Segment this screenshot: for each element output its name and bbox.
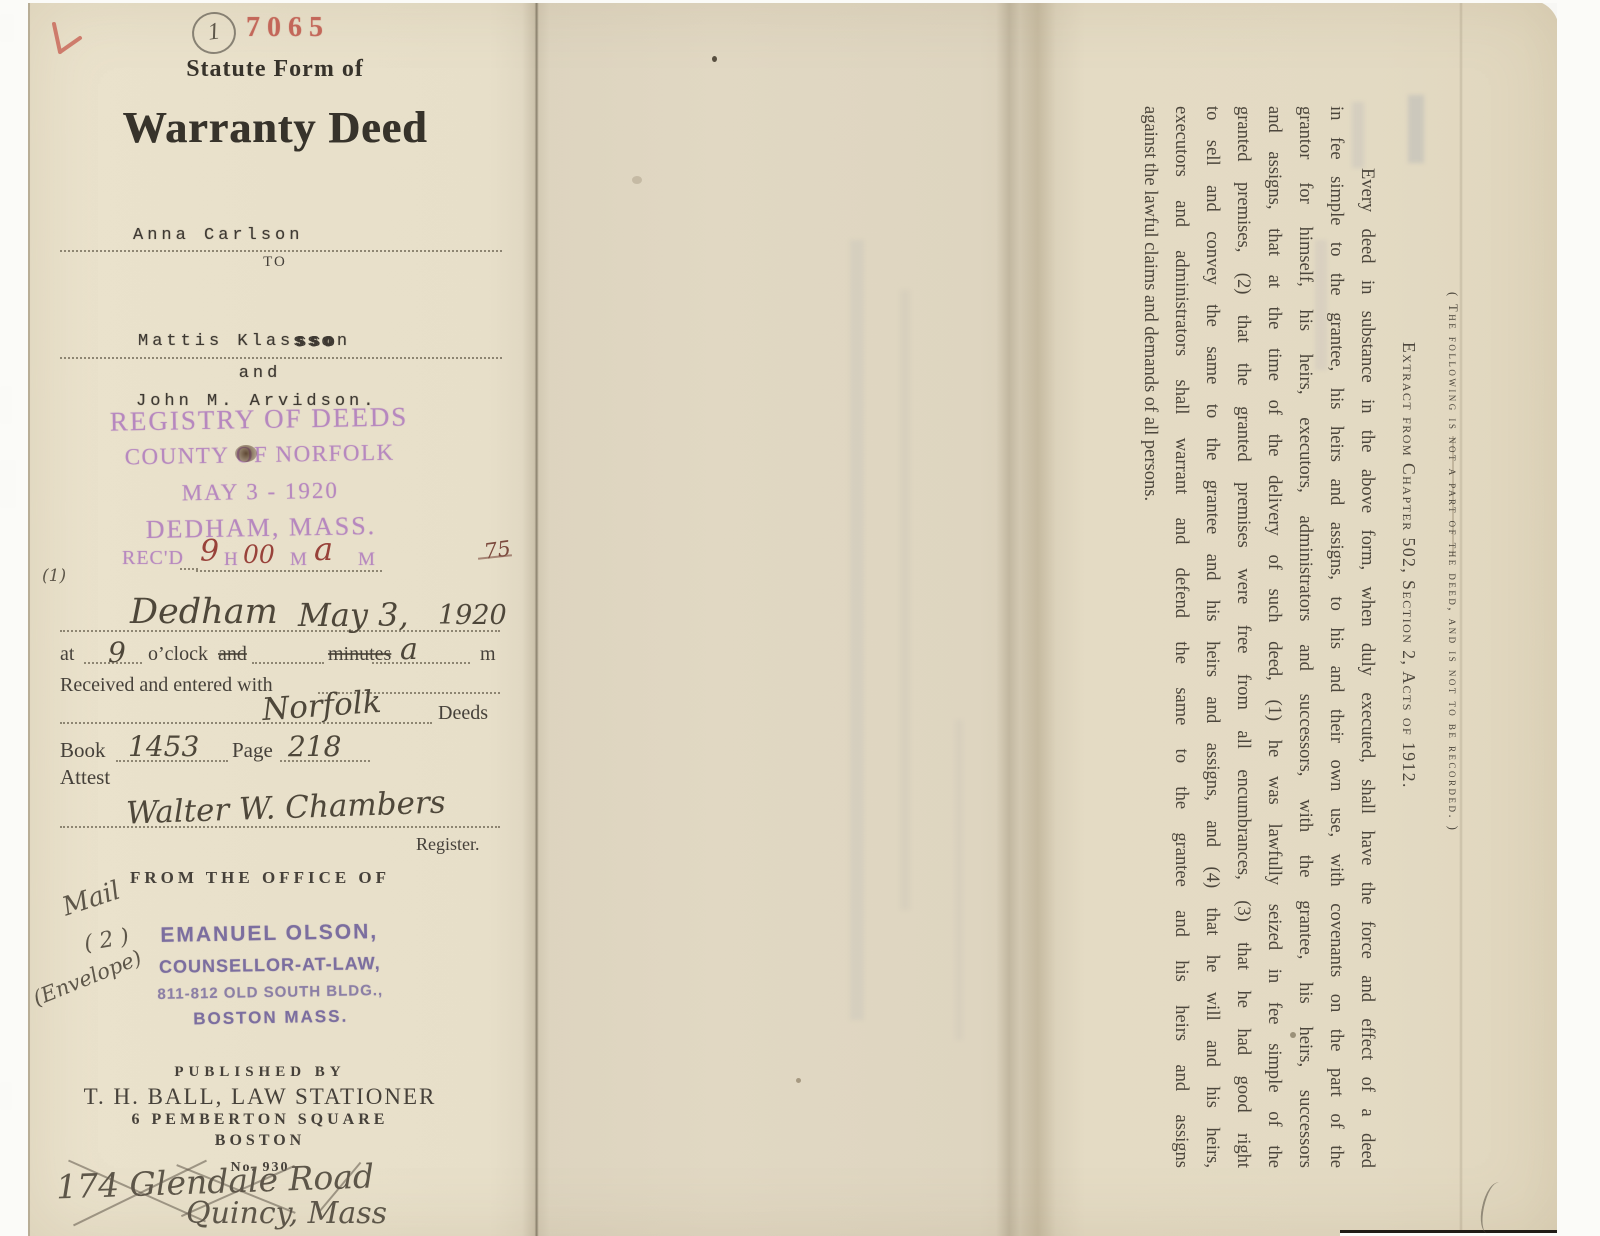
scanned-warranty-deed: { "front": { "check_mark": "red-check", … [0,0,1600,1236]
form-subtitle: Statute Form of [60,56,490,83]
bleedthrough-mark [955,720,963,1040]
fold-crease-right [996,0,1056,1236]
margin-mark: (1) [42,566,66,586]
attorney-stamp: EMANUEL OLSON, COUNSELLOR-AT-LAW, 811-81… [119,919,421,1030]
at-label: at [60,643,74,666]
bleedthrough-mark [900,290,910,910]
recd-label: REC'D [122,547,184,570]
and-struck-label: and [218,643,247,666]
extract-disclaimer: ( The following is not a part of the dee… [1445,292,1460,1187]
recd-hour-unit: H [224,549,238,571]
book-value: 1453 [128,730,199,763]
registry-stamp-line3: MAY 3 - 1920 [60,476,460,509]
paper-speck [712,56,717,62]
recd-meridiem-unit: M [358,549,375,571]
bleedthrough-mark [850,240,864,1020]
scan-margin-top [0,0,1600,3]
ink-blot [235,445,257,462]
dotted-line [196,570,382,572]
dotted-line [60,630,500,632]
dotted-line [372,662,470,664]
dotted-line [60,357,502,359]
book-label: Book [60,738,106,763]
publisher-city: BOSTON [60,1132,460,1150]
and-label: and [60,364,460,383]
received-label: Received and entered with [60,674,273,697]
register-label: Register. [416,834,480,855]
attorney-stamp-title: COUNSELLOR-AT-LAW, [120,952,420,978]
dotted-line [116,760,228,762]
red-check-mark [46,10,90,56]
grantor-name: Anna Carlson [133,226,303,245]
fold-crease-left [522,0,550,1236]
recd-minute-value: 00 [243,540,275,569]
registry-stamp: REGISTRY OF DEEDS COUNTY OF NORFOLK MAY … [59,401,461,547]
edge-chip [0,386,12,424]
scan-margin-right [1557,0,1600,1236]
registry-stamp-line2: COUNTY OF NORFOLK [59,439,459,472]
edge-chip [0,460,16,508]
attorney-stamp-address1: 811-812 OLD SOUTH BLDG., [120,981,420,1003]
dotted-line [60,250,502,252]
dateline-place: Dedham [130,592,278,632]
edge-chip [0,1082,12,1110]
recd-minute-unit: M [290,549,307,571]
page-value: 218 [288,730,341,763]
attorney-stamp-name: EMANUEL OLSON, [119,919,419,948]
dotted-line [252,662,324,664]
dotted-line [60,722,432,724]
edge-chip [0,14,14,42]
page-label: Page [232,738,273,763]
from-office-label: FROM THE OFFICE OF [60,868,460,888]
statute-extract: ( The following is not a part of the dee… [1100,102,1460,1187]
registry-stamp-line1: REGISTRY OF DEEDS [59,401,459,439]
dotted-line [280,760,370,762]
recd-hour-value: 9 [200,534,219,569]
grantee-name-1: Mattis Klassson [138,332,351,351]
m-label: m [480,643,496,666]
deed-number-stamp: 7065 [246,12,330,44]
meridiem-script: a [400,632,418,667]
grantee-name-1-overtype: sso [294,332,337,351]
attest-label: Attest [60,765,110,790]
form-title: Warranty Deed [60,102,490,153]
grantee-name-1-prefix: Mattis Klas [138,332,294,351]
publisher-address: 6 PEMBERTON SQUARE [60,1111,460,1129]
fee-note: 75 [482,536,512,563]
published-by-label: PUBLISHED BY [60,1064,460,1081]
grantee-name-1-suffix: n [337,332,351,351]
dateline-year: 1920 [438,600,507,631]
publisher-name: T. H. BALL, LAW STATIONER [30,1084,490,1110]
dateline-date: May 3, [298,596,409,634]
dotted-line [60,826,500,828]
extract-heading: Extract from Chapter 502, Section 2, Act… [1398,342,1419,1187]
extract-body: Every deed in substance in the above for… [1134,106,1382,1168]
scan-margin-left [0,0,28,1236]
oclock-label: o’clock [148,643,208,666]
paper-speck [632,176,642,184]
recd-meridiem-value: a [314,530,333,568]
deeds-label: Deeds [438,702,488,725]
hour-script: 9 [108,636,126,669]
back-panel-rotated-text: ( The following is not a part of the dee… [1100,88,1460,1173]
paper-speck [796,1078,801,1083]
to-label: TO [60,254,490,271]
